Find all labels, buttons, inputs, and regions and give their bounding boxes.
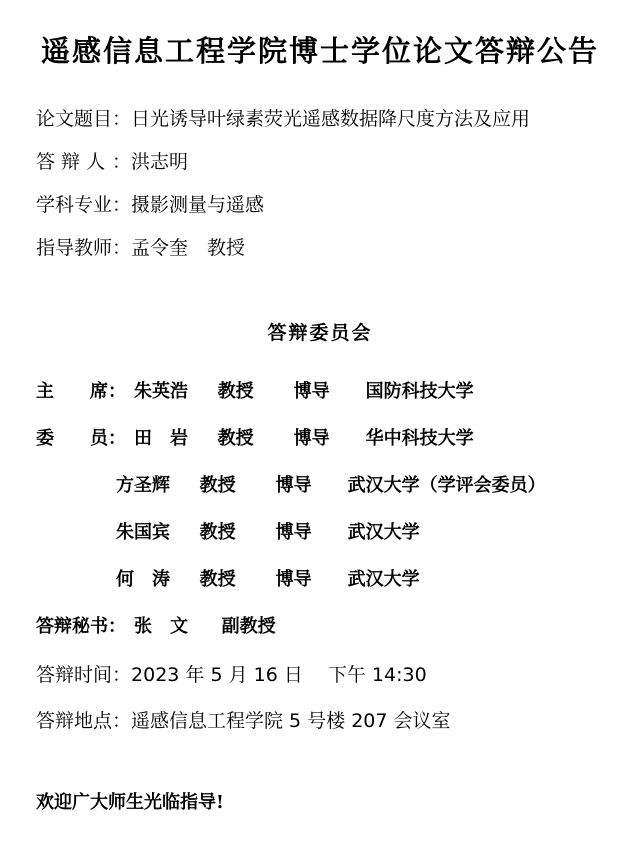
- member-affiliation: 华中科技大学: [366, 415, 474, 462]
- member-type: 博导: [276, 462, 312, 509]
- colon: ：: [112, 227, 131, 270]
- colon: ：: [108, 368, 126, 415]
- committee-row-member: 何 涛教授博导武汉大学: [36, 556, 604, 603]
- member-name: 朱英浩: [134, 368, 192, 415]
- committee-row-member: 朱国宾教授博导武汉大学: [36, 509, 604, 556]
- colon: ：: [112, 698, 131, 744]
- colon: ：: [108, 415, 126, 462]
- info-row-defender: 答 辩 人：洪志明: [36, 141, 604, 184]
- page-title: 遥感信息工程学院博士学位论文答辩公告: [36, 26, 604, 76]
- chair-role-label: 主 席: [36, 368, 108, 415]
- committee-row-member: 方圣辉教授博导武汉大学（学评会委员）: [36, 462, 604, 509]
- member-affiliation: 武汉大学: [348, 556, 420, 603]
- member-title: 教授: [200, 509, 236, 556]
- member-affiliation: 武汉大学（学评会委员）: [348, 462, 546, 509]
- info-row-supervisor: 指导教师：孟令奎 教授: [36, 227, 604, 270]
- member-affiliation: 国防科技大学: [366, 368, 474, 415]
- colon: ：: [112, 652, 131, 698]
- supervisor-value: 孟令奎 教授: [131, 227, 245, 270]
- defense-location-label: 答辩地点: [36, 698, 112, 744]
- major-label: 学科专业: [36, 184, 112, 227]
- member-name: 何 涛: [116, 556, 174, 603]
- schedule-section: 答辩时间：2023 年 5 月 16 日 下午 14:30 答辩地点：遥感信息工…: [36, 652, 604, 744]
- thesis-info-section: 论文题目：日光诱导叶绿素荧光遥感数据降尺度方法及应用 答 辩 人：洪志明 学科专…: [36, 98, 604, 270]
- secretary-title: 副教授: [222, 603, 276, 650]
- schedule-row-time: 答辩时间：2023 年 5 月 16 日 下午 14:30: [36, 652, 604, 698]
- schedule-row-location: 答辩地点：遥感信息工程学院 5 号楼 207 会议室: [36, 698, 604, 744]
- colon: ：: [112, 184, 131, 227]
- member-type: 博导: [276, 509, 312, 556]
- committee-row-member: 委 员：田 岩教授博导华中科技大学: [36, 415, 604, 462]
- thesis-title-value: 日光诱导叶绿素荧光遥感数据降尺度方法及应用: [131, 98, 530, 141]
- committee-row-chair: 主 席：朱英浩教授博导国防科技大学: [36, 368, 604, 415]
- info-row-thesis-title: 论文题目：日光诱导叶绿素荧光遥感数据降尺度方法及应用: [36, 98, 604, 141]
- secretary-name: 张 文: [134, 603, 192, 650]
- member-name: 朱国宾: [116, 509, 174, 556]
- defense-time-label: 答辩时间: [36, 652, 112, 698]
- member-title: 教授: [218, 415, 254, 462]
- member-name: 田 岩: [134, 415, 192, 462]
- thesis-title-label: 论文题目: [36, 98, 112, 141]
- defender-label: 答 辩 人: [36, 141, 112, 184]
- member-type: 博导: [276, 556, 312, 603]
- member-type: 博导: [294, 415, 330, 462]
- member-role-label: [36, 556, 108, 603]
- member-title: 教授: [200, 462, 236, 509]
- member-role-label: [36, 462, 108, 509]
- member-title: 教授: [218, 368, 254, 415]
- committee-heading: 答辩委员会: [36, 320, 604, 346]
- welcome-note: 欢迎广大师生光临指导!: [36, 790, 604, 816]
- member-type: 博导: [294, 368, 330, 415]
- defense-time-value: 2023 年 5 月 16 日 下午 14:30: [131, 652, 427, 698]
- info-row-major: 学科专业：摄影测量与遥感: [36, 184, 604, 227]
- colon: ：: [112, 141, 131, 184]
- announcement-page: 遥感信息工程学院博士学位论文答辩公告 论文题目：日光诱导叶绿素荧光遥感数据降尺度…: [0, 0, 640, 856]
- member-role-label: [36, 509, 108, 556]
- member-role-label: 委 员: [36, 415, 108, 462]
- defense-location-value: 遥感信息工程学院 5 号楼 207 会议室: [131, 698, 451, 744]
- committee-section: 主 席：朱英浩教授博导国防科技大学 委 员：田 岩教授博导华中科技大学 方圣辉教…: [36, 368, 604, 650]
- secretary-role-label: 答辩秘书: [36, 603, 108, 650]
- member-title: 教授: [200, 556, 236, 603]
- member-affiliation: 武汉大学: [348, 509, 420, 556]
- supervisor-label: 指导教师: [36, 227, 112, 270]
- committee-row-secretary: 答辩秘书：张 文副教授: [36, 603, 604, 650]
- colon: ：: [112, 98, 131, 141]
- major-value: 摄影测量与遥感: [131, 184, 264, 227]
- colon: ：: [108, 603, 126, 650]
- member-name: 方圣辉: [116, 462, 174, 509]
- defender-name: 洪志明: [131, 141, 188, 184]
